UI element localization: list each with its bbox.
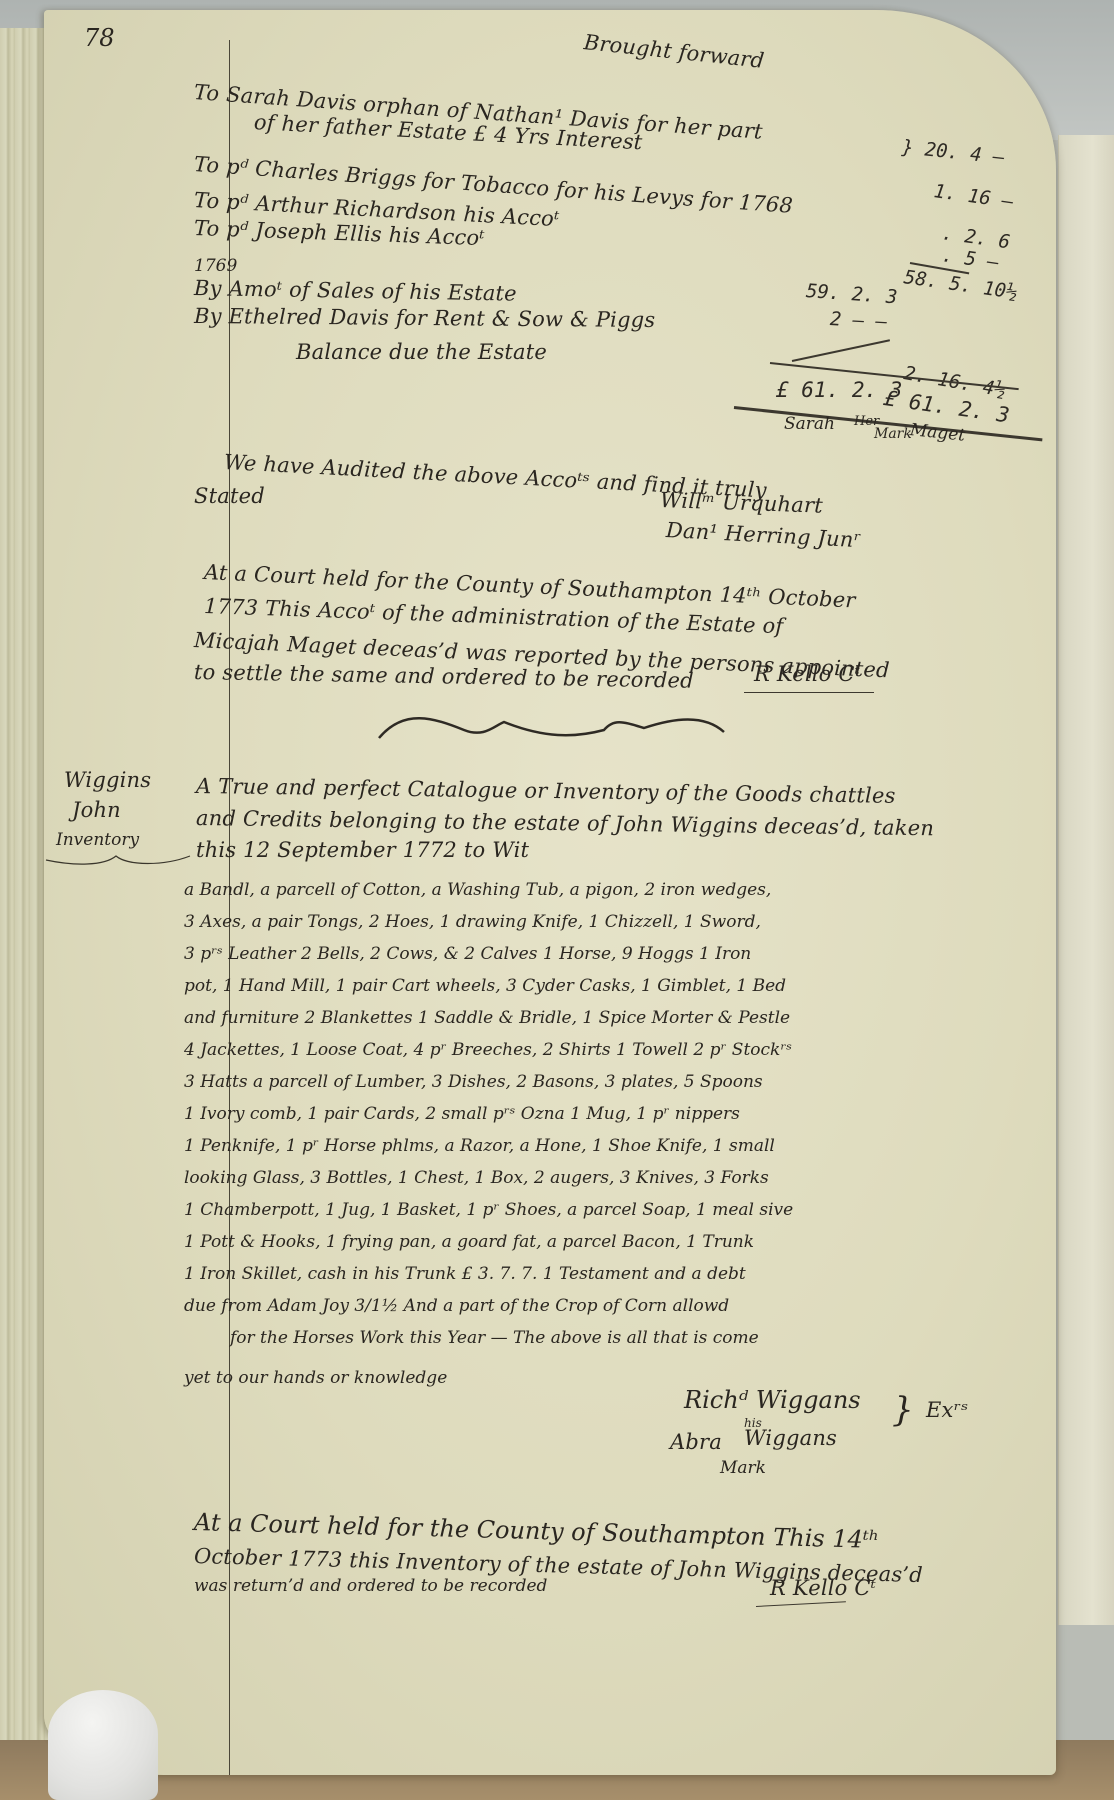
- credit-line: By Amoᵗ of Sales of his Estate: [194, 276, 517, 306]
- credit-line: By Ethelred Davis for Rent & Sow & Piggs: [194, 304, 656, 332]
- executor-bracket: }: [892, 1390, 914, 1430]
- auditor-signature: Willᵐ Urquhart: [660, 488, 824, 518]
- inventory-item-line: 3 Axes, a pair Tongs, 2 Hoes, 1 drawing …: [184, 912, 761, 932]
- inventory-heading-line: and Credits belonging to the estate of J…: [196, 806, 934, 840]
- clerk-signature: R Kello Cᵗ: [770, 1576, 876, 1600]
- inventory-item-line: 1 Ivory comb, 1 pair Cards, 2 small pʳˢ …: [184, 1104, 740, 1124]
- court-order-line: was return’d and ordered to be recorded: [194, 1576, 547, 1596]
- inventory-item-line: 1 Chamberpott, 1 Jug, 1 Basket, 1 pʳ Sho…: [184, 1200, 793, 1220]
- inventory-item-line: 3 pʳˢ Leather 2 Bells, 2 Cows, & 2 Calve…: [184, 944, 751, 964]
- inventory-item-line: a Bandl, a parcell of Cotton, a Washing …: [184, 880, 771, 900]
- inventory-item-line: looking Glass, 3 Bottles, 1 Chest, 1 Box…: [184, 1168, 769, 1188]
- margin-note-type: Inventory: [56, 830, 139, 850]
- year-label: 1769: [194, 256, 237, 276]
- inventory-item-line: 1 Penknife, 1 pʳ Horse phlms, a Razor, a…: [184, 1136, 775, 1156]
- gloved-finger: [48, 1690, 158, 1800]
- inventory-item-line: pot, 1 Hand Mill, 1 pair Cart wheels, 3 …: [184, 976, 786, 996]
- signature-name: Sarah: [784, 414, 835, 434]
- inventory-item-line: 1 Pott & Hooks, 1 frying pan, a goard fa…: [184, 1232, 754, 1252]
- executor-surname: Wiggans: [744, 1426, 837, 1450]
- inventory-heading-line: this 12 September 1772 to Wit: [196, 838, 529, 862]
- clerk-signature: R Kello Cᵗ: [754, 662, 860, 686]
- auditor-signature: Dan¹ Herring Junʳ: [665, 518, 861, 552]
- clerk-underline: [756, 1601, 846, 1607]
- executor-mark: Mark: [720, 1458, 766, 1478]
- balance-line: Balance due the Estate: [296, 340, 547, 364]
- margin-note-given-name: John: [72, 798, 121, 822]
- credit-amount: 59. 2. 3: [805, 280, 898, 308]
- ledger-page: 78 Brought forward To Sarah Davis orphan…: [44, 10, 1056, 1775]
- facing-page-edge: [1058, 135, 1114, 1625]
- inventory-item-line: yet to our hands or knowledge: [184, 1368, 447, 1388]
- brought-forward-header: Brought forward: [583, 30, 766, 73]
- audit-stated: Stated: [194, 484, 265, 508]
- credit-amount: 2 — —: [829, 308, 887, 333]
- executor-signature: Richᵈ Wiggans: [684, 1386, 861, 1414]
- signature-mark: Mark: [874, 426, 912, 442]
- margin-bracket-icon: [44, 850, 194, 870]
- signature-surname: Maget: [909, 420, 966, 446]
- inventory-item-line: 1 Iron Skillet, cash in his Trunk £ 3. 7…: [184, 1264, 746, 1284]
- inventory-item-line: 4 Jackettes, 1 Loose Coat, 4 pʳ Breeches…: [184, 1040, 792, 1060]
- inventory-item-line: due from Adam Joy 3/1½ And a part of the…: [184, 1296, 729, 1316]
- inventory-item-line: 3 Hatts a parcell of Lumber, 3 Dishes, 2…: [184, 1072, 763, 1092]
- executor-first-name: Abra: [670, 1430, 722, 1454]
- margin-note-surname: Wiggins: [64, 768, 151, 792]
- page-number: 78: [84, 24, 115, 52]
- clerk-underline: [744, 692, 874, 693]
- entry-amount: 1. 16 —: [932, 180, 1014, 213]
- inventory-heading-line: A True and perfect Catalogue or Inventor…: [196, 774, 896, 808]
- balance-slash: [792, 339, 890, 362]
- entry-amount: } 20. 4 —: [901, 136, 1006, 169]
- inventory-item-line: for the Horses Work this Year — The abov…: [230, 1328, 759, 1348]
- flourish-divider-icon: [374, 708, 734, 752]
- executor-role: Exʳˢ: [926, 1398, 968, 1422]
- inventory-item-line: and furniture 2 Blankettes 1 Saddle & Br…: [184, 1008, 790, 1028]
